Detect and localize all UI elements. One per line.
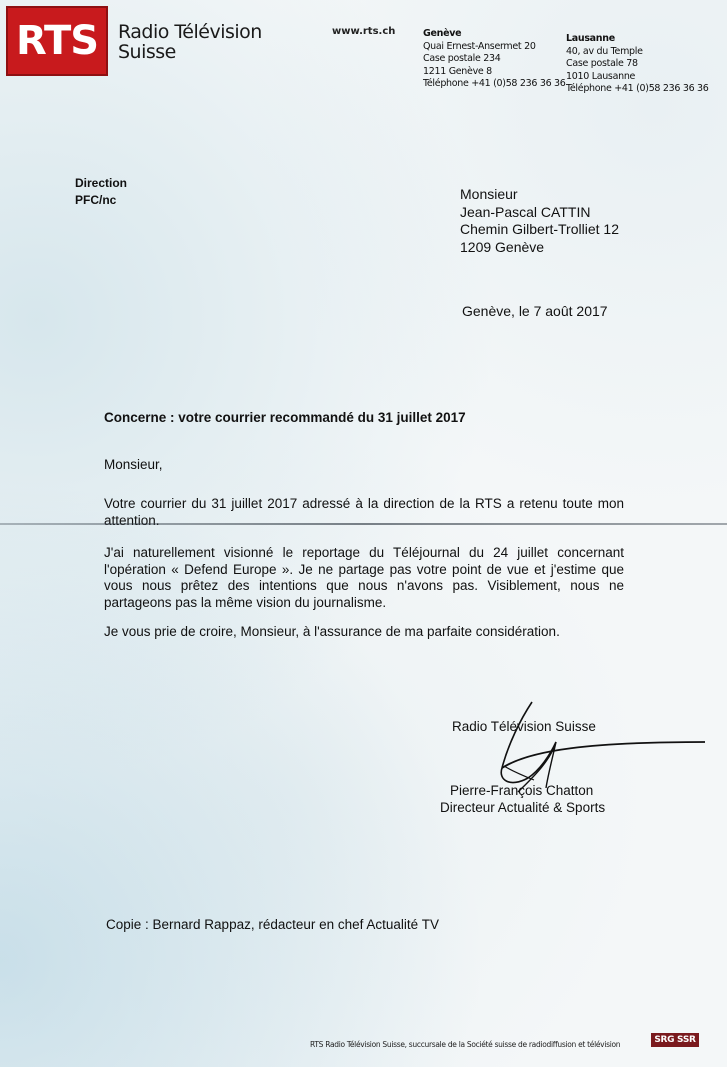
fold-line	[0, 523, 727, 525]
footer-text: RTS Radio Télévision Suisse, succursale …	[310, 1040, 620, 1049]
office-lausanne: Lausanne 40, av du Temple Case postale 7…	[566, 33, 709, 96]
subject-line: Concerne : votre courrier recommandé du …	[104, 410, 466, 425]
office-phone: Téléphone +41 (0)58 236 36 36	[423, 78, 566, 91]
recipient-name: Jean-Pascal CATTIN	[460, 204, 619, 222]
office-city: Lausanne	[566, 33, 709, 46]
closing-paragraph: Je vous prie de croire, Monsieur, à l'as…	[104, 624, 624, 641]
reference-block: Direction PFC/nc	[75, 175, 127, 209]
department: Direction	[75, 175, 127, 192]
office-phone: Téléphone +41 (0)58 236 36 36	[566, 83, 709, 96]
office-city: Genève	[423, 28, 566, 41]
salutation: Monsieur,	[104, 457, 624, 474]
website: www.rts.ch	[332, 26, 395, 37]
signatory-name: Pierre-François Chatton	[450, 783, 593, 798]
paragraph-2: J'ai naturellement visionné le reportage…	[104, 545, 624, 611]
office-line: 1010 Lausanne	[566, 71, 709, 84]
recipient-street: Chemin Gilbert-Trolliet 12	[460, 221, 619, 239]
brand-line-2: Suisse	[118, 42, 262, 62]
letter-date: Genève, le 7 août 2017	[462, 303, 608, 319]
office-line: Case postale 78	[566, 58, 709, 71]
office-line: Quai Ernest-Ansermet 20	[423, 41, 566, 54]
recipient-address: Monsieur Jean-Pascal CATTIN Chemin Gilbe…	[460, 186, 619, 256]
copy-recipient: Copie : Bernard Rappaz, rédacteur en che…	[106, 917, 439, 932]
srg-ssr-badge: SRG SSR	[651, 1033, 699, 1047]
logo-text: RTS	[16, 18, 98, 64]
brand-line-1: Radio Télévision	[118, 22, 262, 42]
rts-logo: RTS	[6, 6, 108, 76]
initials: PFC/nc	[75, 192, 127, 209]
office-line: Case postale 234	[423, 53, 566, 66]
recipient-city: 1209 Genève	[460, 239, 619, 257]
office-line: 40, av du Temple	[566, 46, 709, 59]
office-line: 1211 Genève 8	[423, 66, 566, 79]
signatory-title: Directeur Actualité & Sports	[440, 800, 605, 815]
recipient-title: Monsieur	[460, 186, 619, 204]
office-geneva: Genève Quai Ernest-Ansermet 20 Case post…	[423, 28, 566, 91]
brand-name: Radio Télévision Suisse	[118, 22, 262, 62]
